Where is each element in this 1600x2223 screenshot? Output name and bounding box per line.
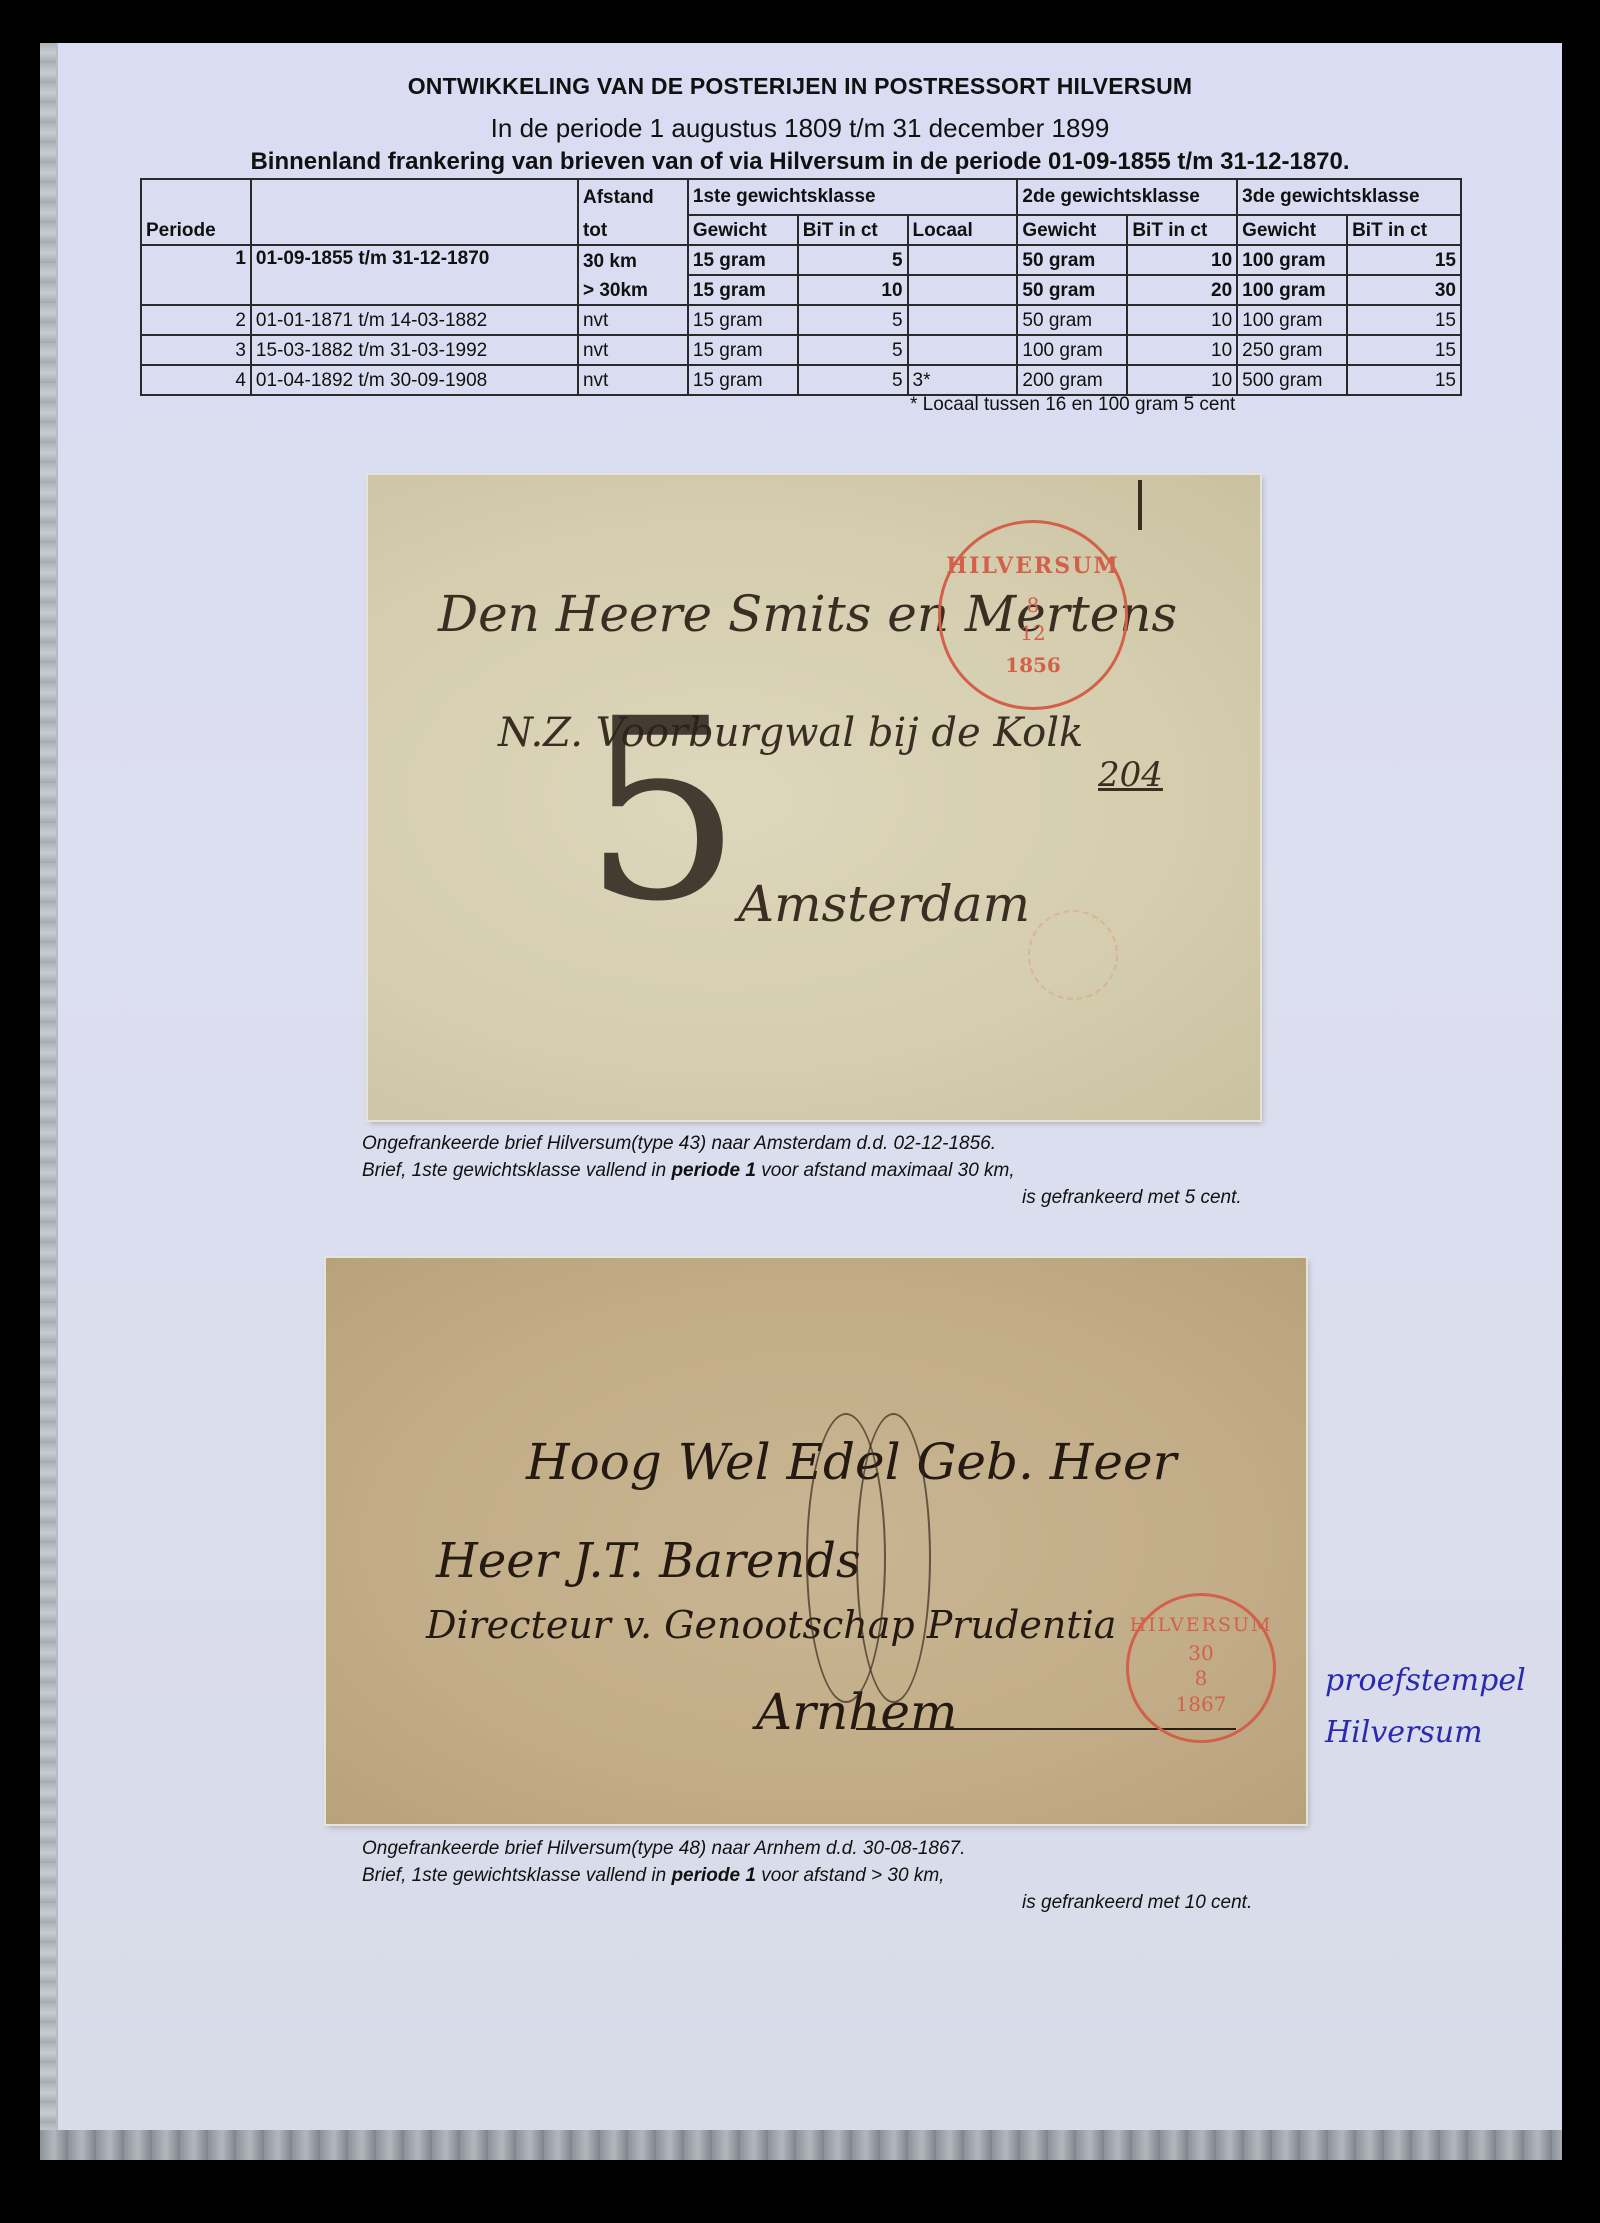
header-dates [251,179,578,245]
page-title: ONTWIKKELING VAN DE POSTERIJEN IN POSTRE… [0,73,1600,100]
table-row: 3 15-03-1882 t/m 31-03-1992 nvt 15 gram … [141,335,1461,365]
cover-amsterdam-1856: Den Heere Smits en Mertens N.Z. Voorburg… [368,475,1260,1120]
cover2-address-line3: Directeur v. Genootschap Prudentia [426,1603,1116,1647]
header-class1: 1ste gewichtsklasse [688,179,1018,215]
page-subtitle: In de periode 1 augustus 1809 t/m 31 dec… [0,113,1600,144]
cover1-address-city: Amsterdam [738,875,1030,933]
cover1-pen-stroke [1138,480,1142,530]
cover1-postage-mark: 5 [583,665,742,956]
faint-postmark [1028,910,1118,1000]
header-periode: Periode [141,179,251,245]
table-row: 2 01-01-1871 t/m 14-03-1882 nvt 15 gram … [141,305,1461,335]
handwritten-annotation: proefstempel Hilversum [1325,1655,1526,1759]
sheet-protector-edge [40,43,58,2138]
header-gewicht-1: Gewicht [688,215,798,245]
cover2-postage-mark-oval [856,1413,931,1703]
header-class3: 3de gewichtsklasse [1237,179,1461,215]
section-title: Binnenland frankering van brieven van of… [0,148,1600,176]
header-afstand: Afstand [578,179,688,215]
header-gewicht-3: Gewicht [1237,215,1347,245]
sheet-protector-bottom-edge [40,2130,1562,2160]
table-footnote: * Locaal tussen 16 en 100 gram 5 cent [910,394,1235,416]
header-bit-1: BiT in ct [798,215,908,245]
header-gewicht-2: Gewicht [1017,215,1127,245]
cover-arnhem-1867: Hoog Wel Edel Geb. Heer Heer J.T. Barend… [326,1258,1306,1824]
table-row: 1 01-09-1855 t/m 31-12-1870 30 km 15 gra… [141,245,1461,275]
cover1-address-number: 204 [1098,755,1163,795]
cover2-caption: Ongefrankeerde brief Hilversum(type 48) … [362,1835,1252,1916]
header-bit-2: BiT in ct [1127,215,1237,245]
hilversum-postmark-1856: HILVERSUM 8 12 1856 [938,520,1128,710]
table-row: 4 01-04-1892 t/m 30-09-1908 nvt 15 gram … [141,365,1461,395]
header-bit-3: BiT in ct [1347,215,1461,245]
header-locaal: Locaal [908,215,1018,245]
table-header-row: Periode Afstand 1ste gewichtsklasse 2de … [141,179,1461,215]
cover1-caption: Ongefrankeerde brief Hilversum(type 43) … [362,1130,1242,1211]
postage-rate-table: Periode Afstand 1ste gewichtsklasse 2de … [140,178,1462,396]
header-afstand-tot: tot [578,215,688,245]
header-class2: 2de gewichtsklasse [1017,179,1237,215]
cover2-address-line2: Heer J.T. Barends [436,1533,861,1589]
hilversum-postmark-1867: HILVERSUM 30 8 1867 [1126,1593,1276,1743]
